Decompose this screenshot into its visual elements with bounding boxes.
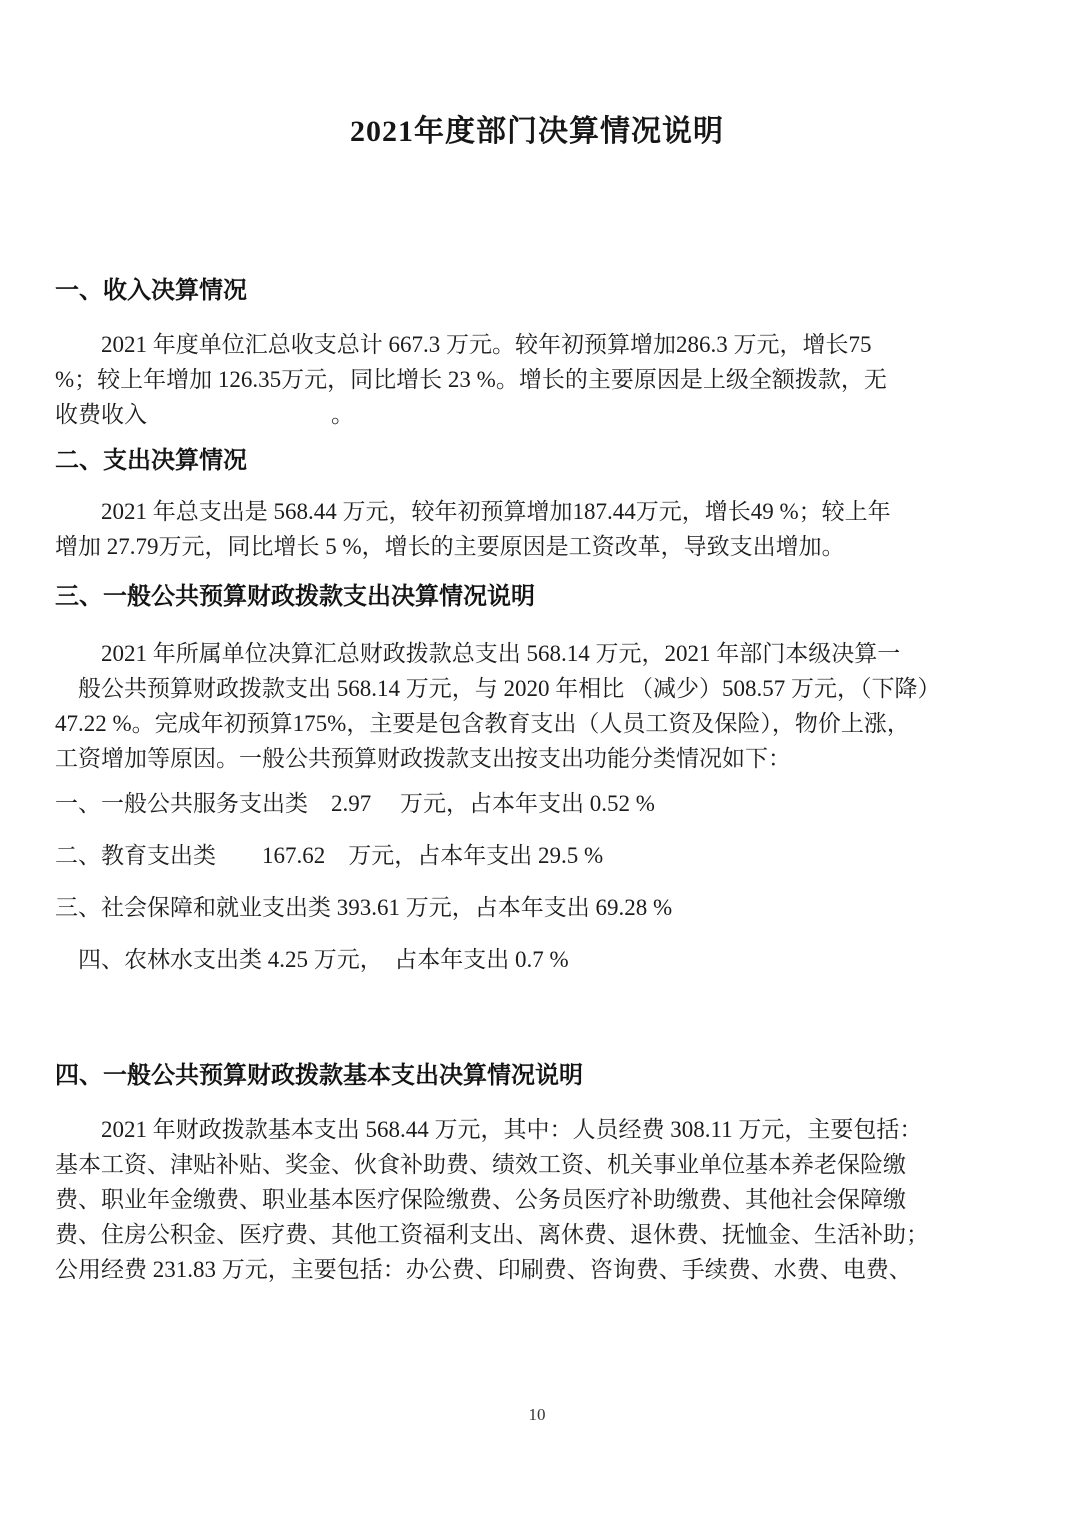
section-income: 一、收入决算情况 2021 年度单位汇总收支总计 667.3 万元。较年初预算增… [55, 275, 1019, 432]
section-expenditure-heading: 二、支出决算情况 [55, 445, 1019, 477]
document-title: 2021年度部门决算情况说明 [55, 0, 1019, 152]
page-number: 10 [0, 1405, 1074, 1425]
expense-item-education: 二、教育支出类 167.62 万元，占本年支出 29.5 % [55, 838, 1019, 873]
expense-category-list: 一、一般公共服务支出类 2.97 万元，占本年支出 0.52 % 二、教育支出类… [55, 786, 1019, 977]
section-basic-expenditure-paragraph: 2021 年财政拨款基本支出 568.44 万元，其中：人员经费 308.11 … [55, 1112, 1019, 1287]
section-expenditure: 二、支出决算情况 2021 年总支出是 568.44 万元，较年初预算增加187… [55, 445, 1019, 564]
section-basic-expenditure-heading: 四、一般公共预算财政拨款基本支出决算情况说明 [55, 1060, 1019, 1092]
expense-item-agriculture-forestry-water: 四、农林水支出类 4.25 万元， 占本年支出 0.7 % [55, 942, 1019, 977]
section-expenditure-paragraph: 2021 年总支出是 568.44 万元，较年初预算增加187.44万元，增长4… [55, 494, 1019, 564]
section-income-heading: 一、收入决算情况 [55, 275, 1019, 307]
expense-item-general-public-services: 一、一般公共服务支出类 2.97 万元，占本年支出 0.52 % [55, 786, 1019, 821]
expense-item-social-security-employment: 三、社会保障和就业支出类 393.61 万元，占本年支出 69.28 % [55, 890, 1019, 925]
section-public-budget-expenditure-heading: 三、一般公共预算财政拨款支出决算情况说明 [55, 581, 1019, 613]
document-page: 2021年度部门决算情况说明 一、收入决算情况 2021 年度单位汇总收支总计 … [0, 0, 1074, 1520]
section-public-budget-expenditure: 三、一般公共预算财政拨款支出决算情况说明 2021 年所属单位决算汇总财政拨款总… [55, 581, 1019, 977]
section-basic-expenditure: 四、一般公共预算财政拨款基本支出决算情况说明 2021 年财政拨款基本支出 56… [55, 1060, 1019, 1287]
section-public-budget-expenditure-paragraph: 2021 年所属单位决算汇总财政拨款总支出 568.14 万元，2021 年部门… [55, 636, 1019, 776]
section-income-paragraph: 2021 年度单位汇总收支总计 667.3 万元。较年初预算增加286.3 万元… [55, 327, 1019, 432]
